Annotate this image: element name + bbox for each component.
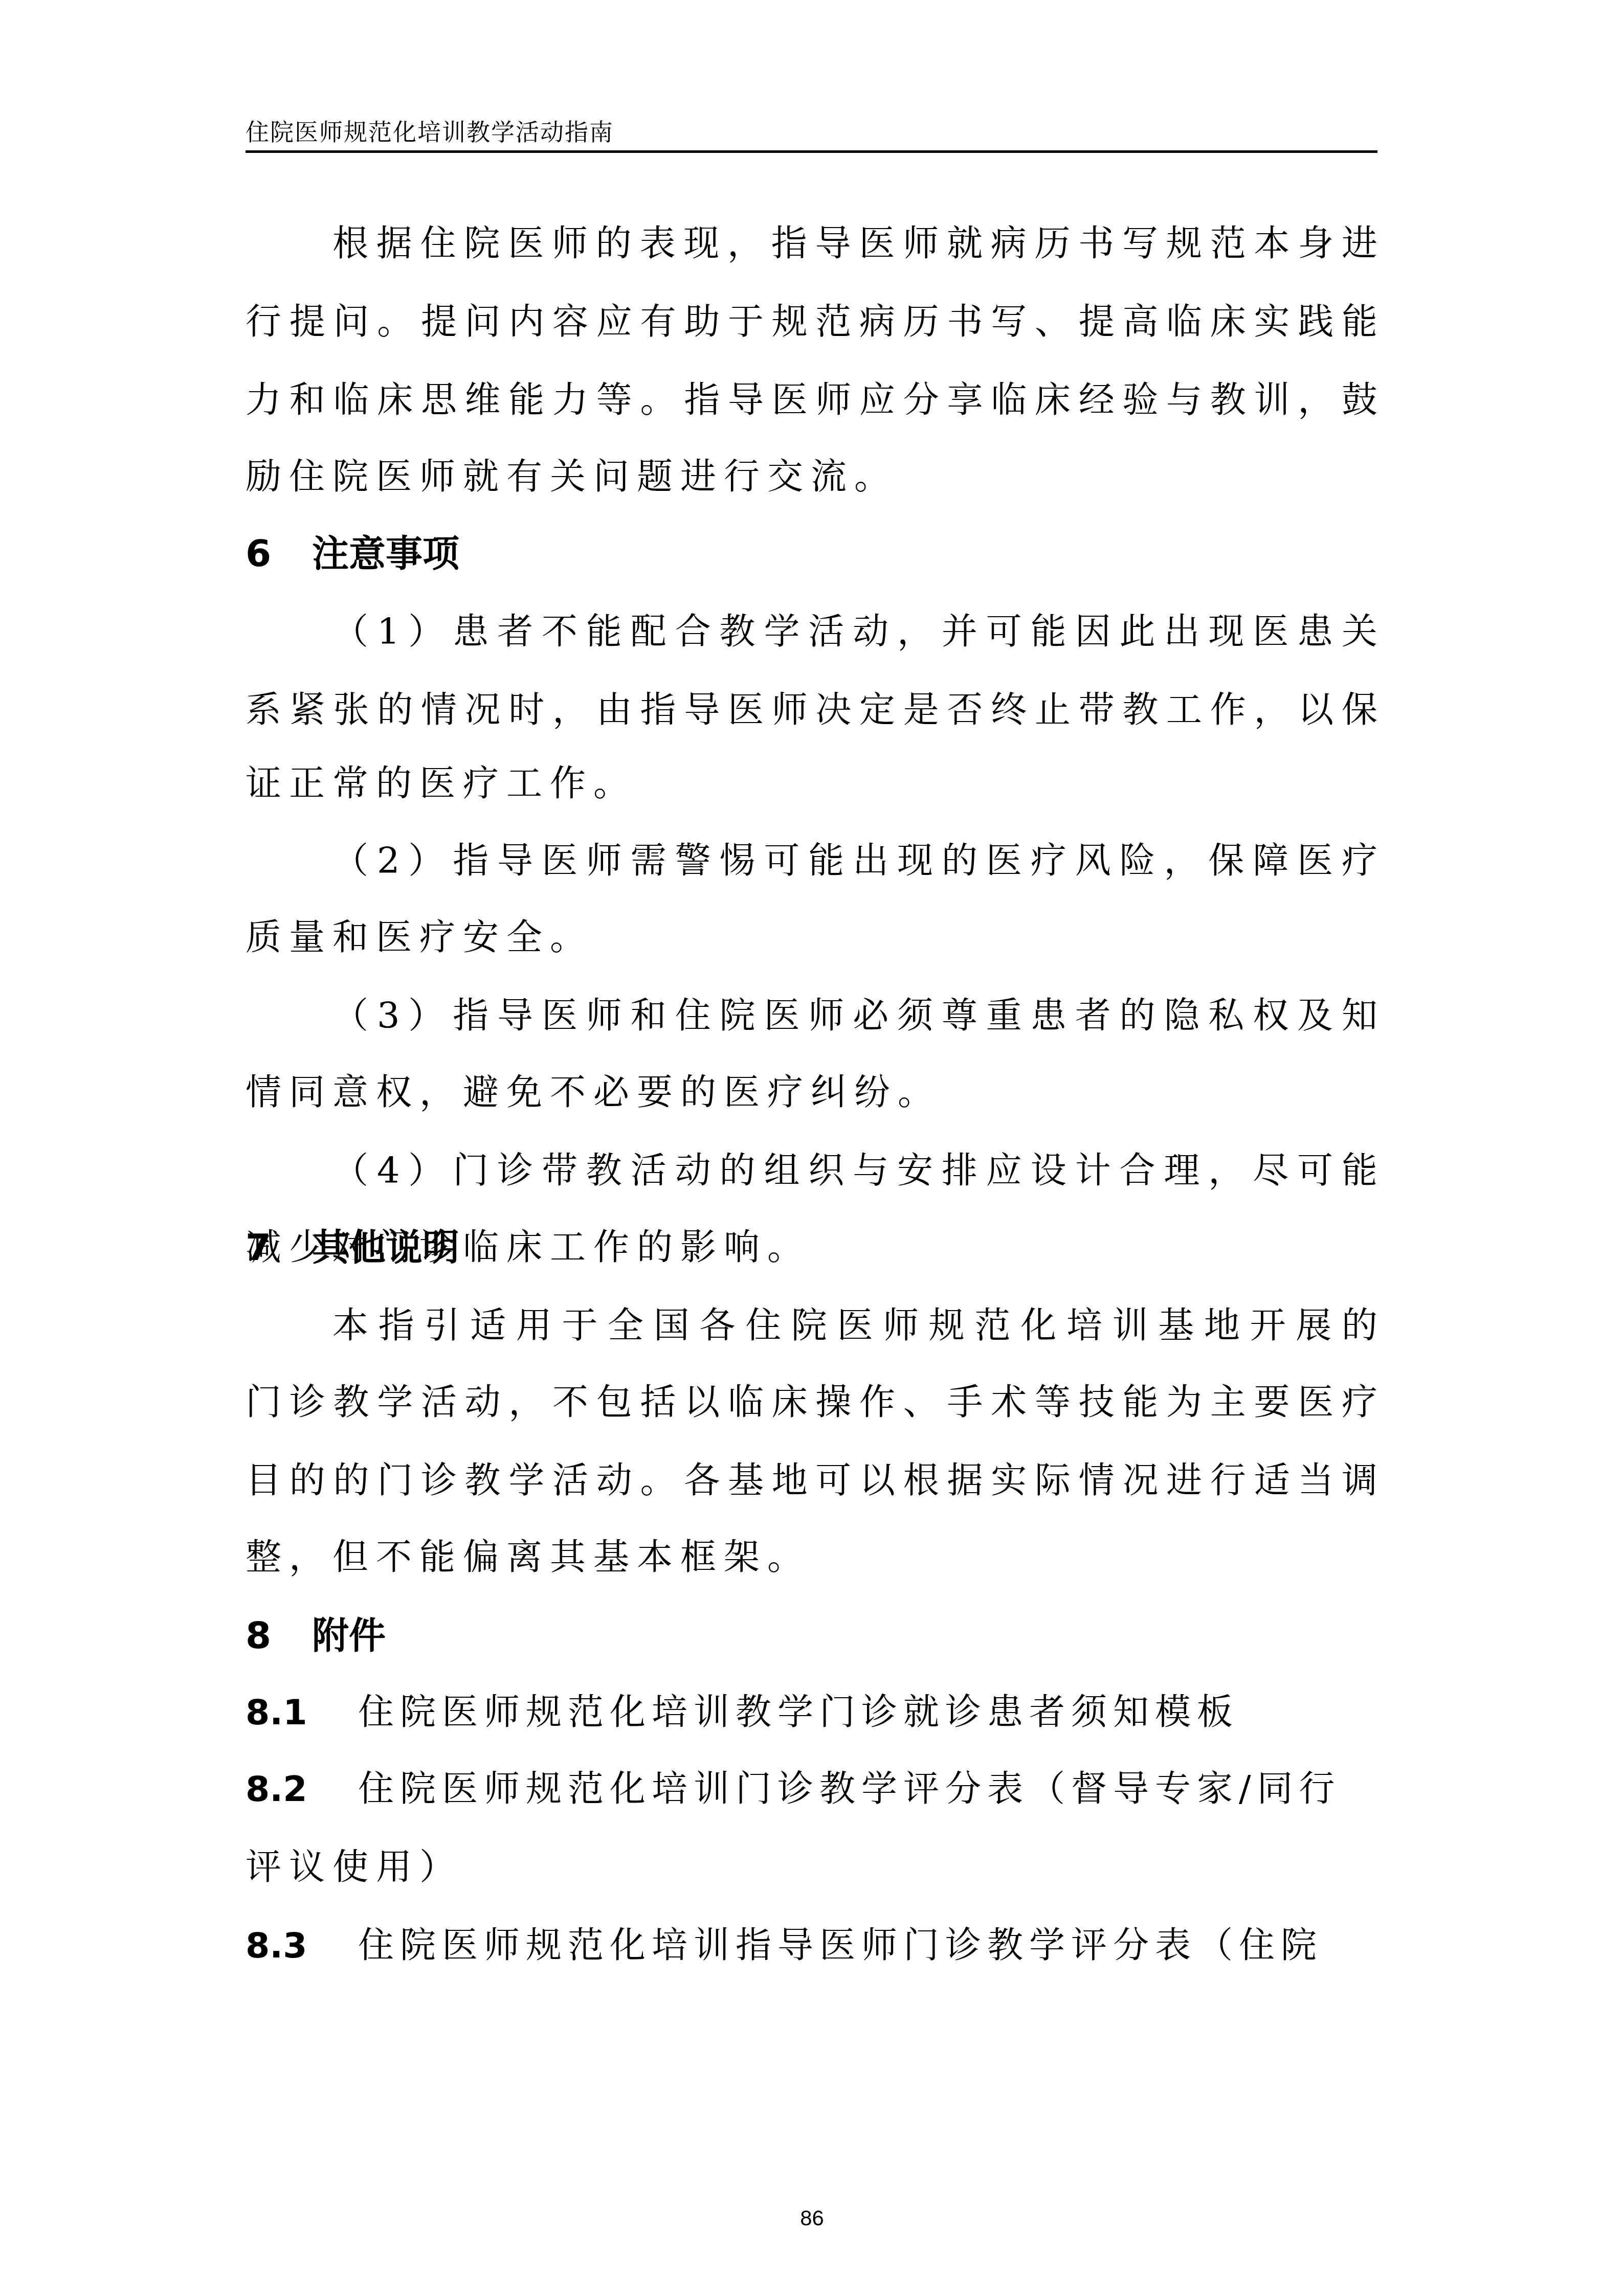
page-number: 86 [0,2205,1624,2232]
list-item-line: （3）指导医师和住院医师必须尊重患者的隐私权及知 [332,990,1377,1041]
text-line: 目的的门诊教学活动。各基地可以根据实际情况进行适当调 [246,1455,1377,1506]
attachment-title: 住院医师规范化培训指导医师门诊教学评分表（住院 [358,1924,1323,1966]
header-title: 住院医师规范化培训教学活动指南 [246,118,614,146]
section-number: 7 [246,1222,312,1273]
text-line: 门诊教学活动，不包括以临床操作、手术等技能为主要医疗 [246,1377,1377,1428]
text-line: 本指引适用于全国各住院医师规范化培训基地开展的 [332,1300,1377,1351]
section-number: 6 [246,528,312,579]
section-heading-7: 7其他说明 [246,1222,459,1273]
attachment-number: 8.3 [246,1921,358,1972]
list-item-line: （2）指导医师需警惕可能出现的医疗风险，保障医疗 [332,835,1377,886]
text-line: 根据住院医师的表现，指导医师就病历书写规范本身进 [332,218,1377,269]
list-item-line: 情同意权，避免不必要的医疗纠纷。 [246,1067,1377,1118]
attachment-number: 8.1 [246,1687,358,1739]
section-title: 附件 [312,1614,386,1657]
attachment-title: 住院医师规范化培训教学门诊就诊患者须知模板 [358,1691,1239,1733]
text-line: 励住院医师就有关问题进行交流。 [246,451,1377,502]
text-line: 行提问。提问内容应有助于规范病历书写、提高临床实践能 [246,296,1377,347]
attachment-item-8-3: 8.3住院医师规范化培训指导医师门诊教学评分表（住院 [246,1920,1377,1971]
list-item-line: 系紧张的情况时，由指导医师决定是否终止带教工作，以保 [246,684,1377,735]
text-line: 力和临床思维能力等。指导医师应分享临床经验与教训，鼓 [246,374,1377,425]
list-item-line: （4）门诊带教活动的组织与安排应设计合理，尽可能 [332,1145,1377,1196]
section-title: 注意事项 [312,532,459,575]
attachment-title: 住院医师规范化培训门诊教学评分表（督导专家/同行 [358,1768,1341,1810]
attachment-title-continued: 评议使用） [246,1841,1377,1893]
attachment-item-8-1: 8.1住院医师规范化培训教学门诊就诊患者须知模板 [246,1686,1377,1738]
attachment-number: 8.2 [246,1764,358,1815]
section-heading-6: 6注意事项 [246,528,459,579]
section-heading-8: 8附件 [246,1610,386,1661]
section-title: 其他说明 [312,1226,459,1269]
section-number: 8 [246,1610,312,1661]
list-item-line: 证正常的医疗工作。 [246,758,1377,809]
list-item-line: 质量和医疗安全。 [246,912,1377,963]
attachment-item-8-2: 8.2住院医师规范化培训门诊教学评分表（督导专家/同行 [246,1763,1377,1814]
header-rule [246,150,1377,153]
text-line: 整，但不能偏离其基本框架。 [246,1532,1377,1583]
list-item-line: （1）患者不能配合教学活动，并可能因此出现医患关 [332,606,1377,657]
